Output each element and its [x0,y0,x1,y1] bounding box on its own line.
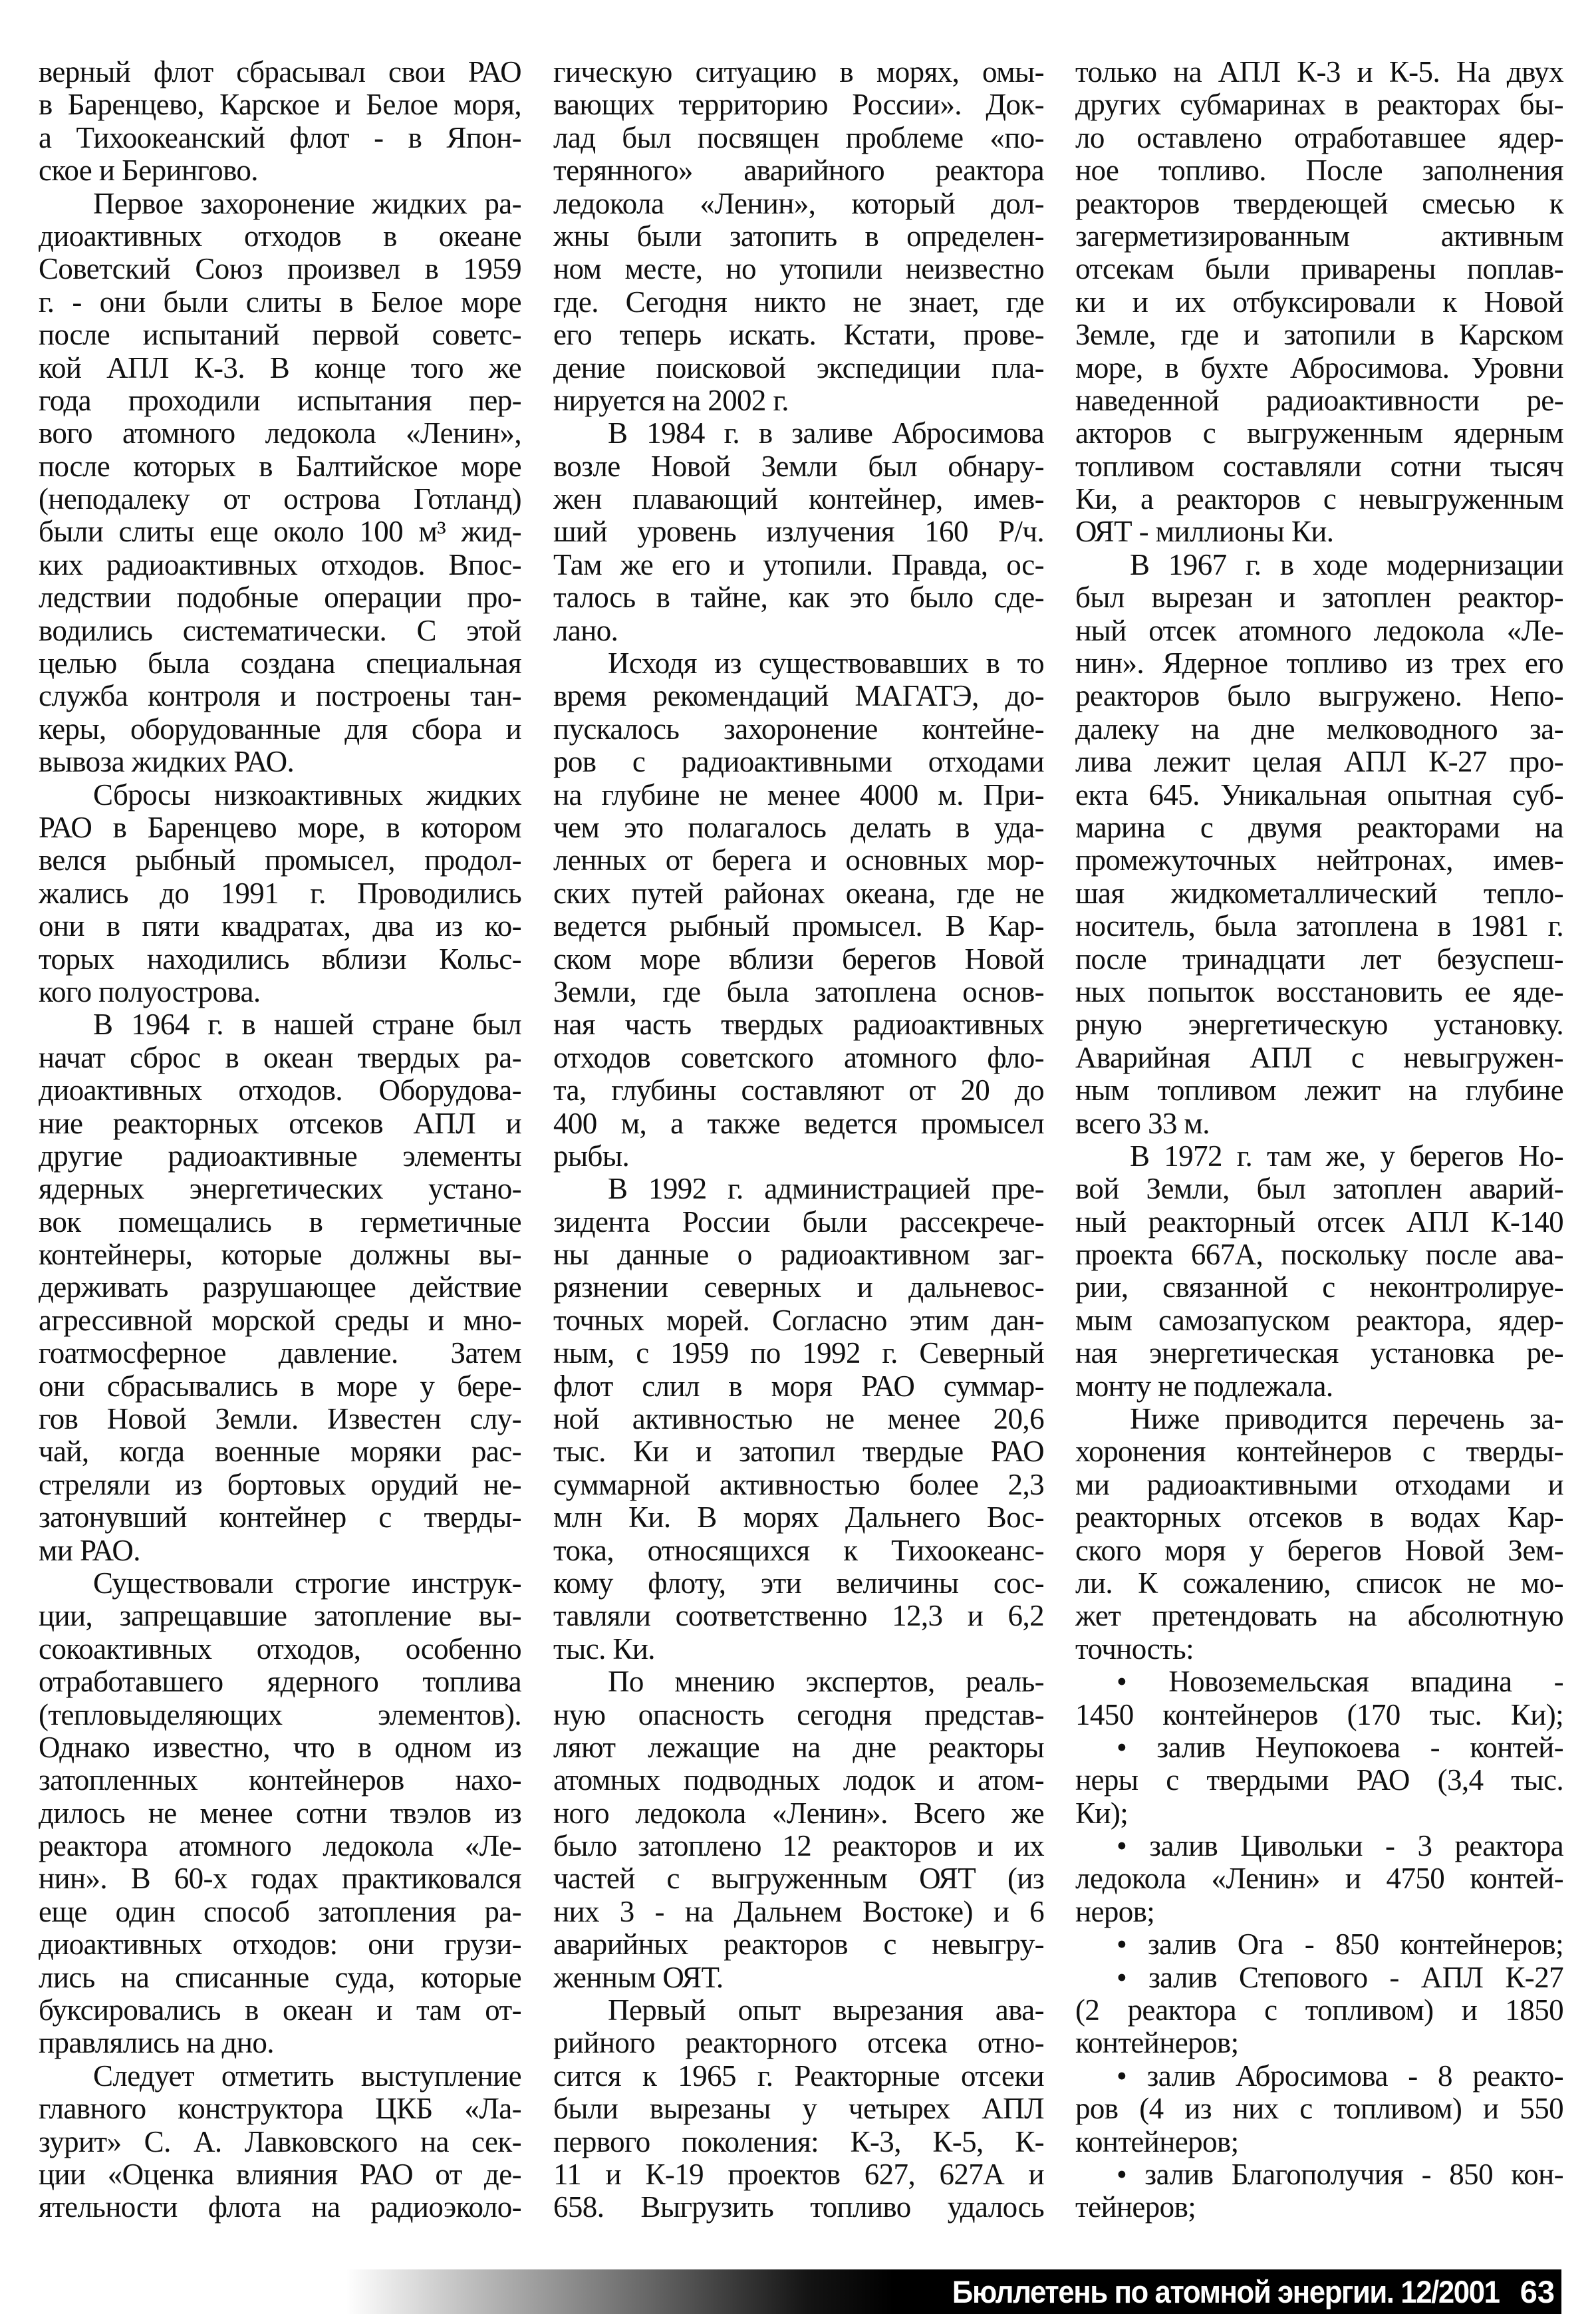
text-line: были слиты еще около 100 м³ жид- [39,515,521,548]
text-line: аварийных реакторов с невыгру- [553,1928,1044,1961]
text-line: тыс. Ки и затопил твердые РАО [553,1435,1044,1468]
text-line: рийного реакторного отсека отно- [553,2027,1044,2059]
text-line: промежуточных нейтронах, имев- [1075,844,1563,877]
text-line: ло оставлено отработавшее ядер- [1075,122,1563,154]
text-line: верный флот сбрасывал свои РАО [39,56,521,88]
text-line: после тринадцати лет безуспеш- [1075,943,1563,976]
text-line: Ки, а реакторов с невыгруженным [1075,483,1563,515]
text-line: Существовали строгие инструк- [39,1567,521,1600]
text-line: главного конструктора ЦКБ «Ла- [39,2093,521,2125]
text-line: Исходя из существовавших в то [553,647,1044,680]
text-line: всего 33 м. [1075,1107,1563,1140]
text-line: ледокола «Ленин», который дол- [553,188,1044,220]
text-line: ли. К сожалению, список не мо- [1075,1567,1563,1600]
text-line: начат сброс в океан твердых ра- [39,1042,521,1074]
text-line: зидента России были рассекрече- [553,1206,1044,1238]
text-line: лад был посвящен проблеме «по- [553,122,1044,154]
text-line: ское и Берингово. [39,154,521,187]
text-line: терянного» аварийного реактора [553,154,1044,187]
list-item-line: • залив Ога - 850 контейнеров; [1075,1928,1563,1961]
text-line: еще один способ затопления ра- [39,1896,521,1928]
text-line: кого полуострова. [39,976,521,1008]
text-line: Советский Союз произвел в 1959 [39,253,521,285]
text-line: Аварийная АПЛ с невыгружен- [1075,1042,1563,1074]
text-line: ная энергетическая установка ре- [1075,1337,1563,1370]
text-line: В 1972 г. там же, у берегов Но- [1075,1140,1563,1173]
text-line: в Баренцево, Карское и Белое моря, [39,88,521,121]
text-line: рии, связанной с неконтролируе- [1075,1271,1563,1304]
text-line: время рекомендаций МАГАТЭ, до- [553,680,1044,712]
text-line: носитель, была затоплена в 1981 г. [1075,910,1563,942]
text-line: вого атомного ледокола «Ленин», [39,417,521,450]
text-line: (неподалеку от острова Готланд) [39,483,521,515]
text-line: 658. Выгрузить топливо удалось [553,2191,1044,2224]
text-line: кому флоту, эти величины сос- [553,1567,1044,1600]
text-line: диоактивных отходов. Оборудова- [39,1074,521,1107]
list-item-line: • залив Степового - АПЛ К-27 [1075,1961,1563,1994]
text-line: чем это полагалось делать в уда- [553,811,1044,844]
text-line: ном месте, но утопили неизвестно [553,253,1044,285]
text-line: ров (4 из них с топливом) и 550 [1075,2093,1563,2125]
text-line: они сбрасывались в море у бере- [39,1370,521,1403]
text-line: ции «Оценка влияния РАО от де- [39,2158,521,2191]
text-line: проекта 667А, поскольку после ава- [1075,1238,1563,1271]
text-line: частей с выгруженным ОЯТ (из [553,1862,1044,1895]
text-line: агрессивной морской среды и мно- [39,1304,521,1337]
text-line: ледствии подобные операции про- [39,581,521,614]
text-line: (2 реактора с топливом) и 1850 [1075,1994,1563,2027]
text-line: целью была создана специальная [39,647,521,680]
text-line: точность: [1075,1633,1563,1665]
text-line: (тепловыделяющих элементов). [39,1699,521,1731]
text-line: море, в бухте Абросимова. Уровни [1075,352,1563,384]
text-line: точных морей. Согласно этим дан- [553,1304,1044,1337]
text-line: реакторных отсеков в водах Кар- [1075,1501,1563,1534]
text-line: стреляли из бортовых орудий не- [39,1469,521,1501]
text-line: В 1984 г. в заливе Абросимова [553,417,1044,450]
text-line: неры с твердыми РАО (3,4 тыс. [1075,1764,1563,1797]
text-line: торых находились вблизи Кольс- [39,943,521,976]
text-line: был вырезан и затоплен реактор- [1075,581,1563,614]
text-line: тейнеров; [1075,2191,1563,2224]
text-line: ным, с 1959 по 1992 г. Северный [553,1337,1044,1370]
text-line: наведенной радиоактивности ре- [1075,384,1563,417]
text-line: Следует отметить выступление [39,2060,521,2093]
text-line: ное топливо. После заполнения [1075,154,1563,187]
text-line: ного ледокола «Ленин». Всего же [553,1797,1044,1830]
text-line: нируется на 2002 г. [553,384,1044,417]
text-line: ОЯТ - миллионы Ки. [1075,515,1563,548]
text-line: сокоактивных отходов, особенно [39,1633,521,1665]
text-line: рную энергетическую установку. [1075,1008,1563,1041]
text-line: 1450 контейнеров (170 тыс. Ки); [1075,1699,1563,1731]
list-item-line: • залив Цивольки - 3 реактора [1075,1830,1563,1862]
text-line: По мнению экспертов, реаль- [553,1665,1044,1698]
text-line: жны были затопить в определен- [553,220,1044,253]
text-line: флот слил в моря РАО суммар- [553,1370,1044,1403]
text-line: реакторов было выгружено. Непо- [1075,680,1563,712]
text-line: пускалось захоронение контейне- [553,713,1044,746]
text-line: акторов с выгруженным ядерным [1075,417,1563,450]
text-line: ми РАО. [39,1534,521,1567]
text-line: тыс. Ки. [553,1633,1044,1665]
text-line: неров; [1075,1896,1563,1928]
text-line: держивать разрушающее действие [39,1271,521,1304]
text-line: диоактивных отходов в океане [39,220,521,253]
text-line: тока, относящихся к Тихоокеанс- [553,1534,1044,1567]
text-line: его теперь искать. Кстати, прове- [553,319,1044,351]
text-line: рыбы. [553,1140,1044,1173]
text-line: талось в тайне, как это было сде- [553,581,1044,614]
text-line: были вырезаны у четырех АПЛ [553,2093,1044,2125]
text-line: контейнеры, которые должны вы- [39,1238,521,1271]
text-line: 11 и К-19 проектов 627, 627А и [553,2158,1044,2191]
text-line: ядерных энергетических устано- [39,1173,521,1205]
text-line: буксировались в океан и там от- [39,1994,521,2027]
text-line: служба контроля и построены тан- [39,680,521,712]
text-line: екта 645. Уникальная опытная суб- [1075,779,1563,811]
text-line: Однако известно, что в одном из [39,1731,521,1764]
text-line: ском море вблизи берегов Новой [553,943,1044,976]
text-line: первого поколения: К-3, К-5, К- [553,2126,1044,2158]
text-line: контейнеров; [1075,2126,1563,2158]
text-line: загерметизированным активным [1075,220,1563,253]
text-line: гов Новой Земли. Известен слу- [39,1403,521,1435]
text-line: нин». Ядерное топливо из трех его [1075,647,1563,680]
text-line: ки и их отбуксировали к Новой [1075,286,1563,319]
text-line: атомных подводных лодок и атом- [553,1764,1044,1797]
text-line: лись на списанные суда, которые [39,1961,521,1994]
text-line: Первое захоронение жидких ра- [39,188,521,220]
text-column-1: верный флот сбрасывал свои РАОв Баренцев… [39,56,521,2224]
text-line: после испытаний первой советс- [39,319,521,351]
text-line: они в пяти квадратах, два из ко- [39,910,521,942]
text-line: реакторов твердеющей смесью к [1075,188,1563,220]
text-line: дилось не менее сотни твэлов из [39,1797,521,1830]
list-item-line: • залив Абросимова - 8 реакто- [1075,2060,1563,2093]
text-line: затопленных контейнеров нахо- [39,1764,521,1797]
text-line: ную опасность сегодня представ- [553,1699,1044,1731]
text-line: рязнении северных и дальневос- [553,1271,1044,1304]
text-line: монту не подлежала. [1075,1370,1563,1403]
text-line: лива лежит целая АПЛ К-27 про- [1075,746,1563,778]
text-line: тавляли соответственно 12,3 и 6,2 [553,1600,1044,1632]
text-line: ми радиоактивными отходами и [1075,1469,1563,1501]
text-line: затонувший контейнер с тверды- [39,1501,521,1534]
text-line: В 1964 г. в нашей стране был [39,1008,521,1041]
text-line: возле Новой Земли был обнару- [553,450,1044,483]
text-line: ких радиоактивных отходов. Впос- [39,549,521,581]
text-line: дение поисковой экспедиции пла- [553,352,1044,384]
text-line: Ки); [1075,1797,1563,1830]
text-line: суммарной активностью более 2,3 [553,1469,1044,1501]
text-line: Земли, где была затоплена основ- [553,976,1044,1008]
text-line: Сбросы низкоактивных жидких [39,779,521,811]
text-line: жет претендовать на абсолютную [1075,1600,1563,1632]
text-line: та, глубины составляют от 20 до [553,1074,1044,1107]
list-item-line: • Новоземельская впадина - [1075,1665,1563,1698]
text-line: них 3 - на Дальнем Востоке) и 6 [553,1896,1044,1928]
text-line: контейнеров; [1075,2027,1563,2059]
text-line: ние реакторных отсеков АПЛ и [39,1107,521,1140]
text-line: жались до 1991 г. Проводились [39,877,521,910]
text-line: ляют лежащие на дне реакторы [553,1731,1044,1764]
text-line: другие радиоактивные элементы [39,1140,521,1173]
text-line: вок помещались в герметичные [39,1206,521,1238]
text-line: ная часть твердых радиоактивных [553,1008,1044,1041]
list-item-line: • залив Благополучия - 850 кон- [1075,2158,1563,2191]
text-line: 400 м, а также ведется промысел [553,1107,1044,1140]
text-line: лано. [553,615,1044,647]
text-line: вающих территорию России». Док- [553,88,1044,121]
text-line: далеку на дне мелководного за- [1075,713,1563,746]
text-line: после которых в Балтийское море [39,450,521,483]
text-line: вой Земли, был затоплен аварий- [1075,1173,1563,1205]
text-line: В 1967 г. в ходе модернизации [1075,549,1563,581]
text-line: на глубине не менее 4000 м. При- [553,779,1044,811]
text-line: женным ОЯТ. [553,1961,1044,1994]
text-line: было затоплено 12 реакторов и их [553,1830,1044,1862]
text-line: ны данные о радиоактивном заг- [553,1238,1044,1271]
text-line: ских путей районах океана, где не [553,877,1044,910]
text-line: ведется рыбный промысел. В Кар- [553,910,1044,942]
text-line: ным топливом лежит на глубине [1075,1074,1563,1107]
text-line: вывоза жидких РАО. [39,746,521,778]
text-line: отработавшего ядерного топлива [39,1665,521,1698]
text-line: ции, запрещавшие затопление вы- [39,1600,521,1632]
text-line: ший уровень излучения 160 Р/ч. [553,515,1044,548]
text-line: зурит» С. А. Лавковского на сек- [39,2126,521,2158]
text-line: Земле, где и затопили в Карском [1075,319,1563,351]
text-line: ный реакторный отсек АПЛ К-140 [1075,1206,1563,1238]
text-line: ный отсек атомного ледокола «Ле- [1075,615,1563,647]
text-line: жен плавающий контейнер, имев- [553,483,1044,515]
text-line: велся рыбный промысел, продол- [39,844,521,877]
list-item-line: • залив Неупокоева - контей- [1075,1731,1563,1764]
text-line: правлялись на дно. [39,2027,521,2059]
text-line: ров с радиоактивными отходами [553,746,1044,778]
text-line: хоронения контейнеров с тверды- [1075,1435,1563,1468]
text-line: ского моря у берегов Новой Зем- [1075,1534,1563,1567]
text-line: мым самозапуском реактора, ядер- [1075,1304,1563,1337]
text-line: гическую ситуацию в морях, омы- [553,56,1044,88]
text-line: марина с двумя реакторами на [1075,811,1563,844]
text-line: Первый опыт вырезания ава- [553,1994,1044,2027]
text-line: РАО в Баренцево море, в котором [39,811,521,844]
text-line: отходов советского атомного фло- [553,1042,1044,1074]
journal-page: верный флот сбрасывал свои РАОв Баренцев… [0,0,1596,2314]
text-line: Ниже приводится перечень за- [1075,1403,1563,1435]
text-line: ятельности флота на радиоэколо- [39,2191,521,2224]
text-line: В 1992 г. администрацией пре- [553,1173,1044,1205]
text-line: других субмаринах в реакторах бы- [1075,88,1563,121]
text-column-2: гическую ситуацию в морях, омы-вающих те… [553,56,1044,2224]
text-line: гоатмосферное давление. Затем [39,1337,521,1370]
text-line: а Тихоокеанский флот - в Япон- [39,122,521,154]
text-line: Там же его и утопили. Правда, ос- [553,549,1044,581]
text-line: реактора атомного ледокола «Ле- [39,1830,521,1862]
text-column-3: только на АПЛ К-3 и К-5. На двухдругих с… [1075,56,1563,2224]
text-line: года проходили испытания пер- [39,384,521,417]
text-line: шая жидкометаллический тепло- [1075,877,1563,910]
text-line: ных попыток восстановить ее яде- [1075,976,1563,1008]
text-line: водились систематически. С этой [39,615,521,647]
text-line: ной активностью не менее 20,6 [553,1403,1044,1435]
text-line: нин». В 60-х годах практиковался [39,1862,521,1895]
text-line: сится к 1965 г. Реакторные отсеки [553,2060,1044,2093]
page-number: 63 [1520,2273,1555,2310]
text-line: ледокола «Ленин» и 4750 контей- [1075,1862,1563,1895]
text-line: млн Ки. В морях Дальнего Вос- [553,1501,1044,1534]
text-line: где. Сегодня никто не знает, где [553,286,1044,319]
text-line: чай, когда военные моряки рас- [39,1435,521,1468]
text-line: г. - они были слиты в Белое море [39,286,521,319]
text-line: топливом составляли сотни тысяч [1075,450,1563,483]
text-line: ленных от берега и основных мор- [553,844,1044,877]
text-line: кой АПЛ К-3. В конце того же [39,352,521,384]
text-line: керы, оборудованные для сбора и [39,713,521,746]
text-line: диоактивных отходов: они грузи- [39,1928,521,1961]
text-line: только на АПЛ К-3 и К-5. На двух [1075,56,1563,88]
text-line: отсекам были приварены поплав- [1075,253,1563,285]
journal-title: Бюллетень по атомной энергии. 12/2001 [952,2273,1500,2310]
